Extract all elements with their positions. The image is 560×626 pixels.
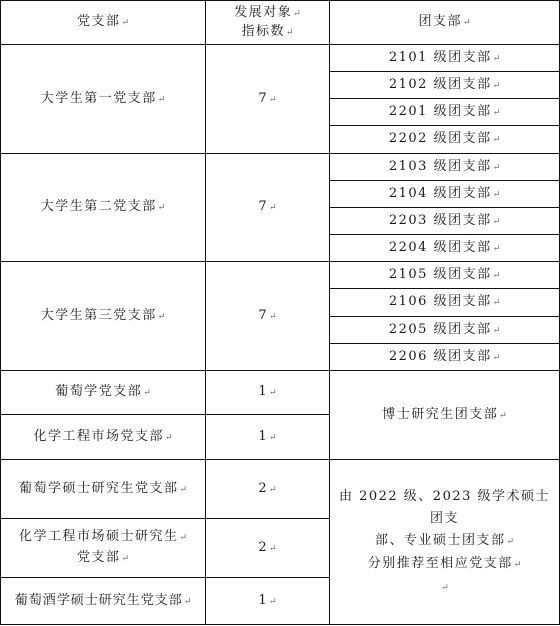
quota-value: 2 <box>258 481 268 496</box>
party-branch-cell: 大学生第三党支部↵ <box>1 262 206 371</box>
paragraph-mark-icon: ↵ <box>158 203 166 213</box>
paragraph-mark-icon: ↵ <box>493 244 501 254</box>
paragraph-mark-icon: ↵ <box>506 537 514 547</box>
party-branch-name: 化学工程市场党支部 <box>33 429 164 444</box>
header-party-branch: 党支部↵ <box>1 1 206 45</box>
table-row: 葡萄学党支部↵ 1↵ 博士研究生团支部↵ <box>1 371 560 415</box>
party-branch-name: 化学工程市场硕士研究生 <box>19 529 179 544</box>
paragraph-mark-icon: ↵ <box>493 108 501 118</box>
quota-value: 2 <box>258 540 268 555</box>
paragraph-mark-icon: ↵ <box>463 18 471 28</box>
paragraph-mark-icon: ↵ <box>269 203 277 213</box>
league-branch-cell: 2203 级团支部↵ <box>330 208 560 235</box>
quota-cell: 2↵ <box>206 460 330 519</box>
league-branch-name: 2106 级团支部 <box>389 294 492 309</box>
paragraph-mark-icon: ↵ <box>493 190 501 200</box>
paragraph-mark-icon: ↵ <box>179 533 187 543</box>
quota-value: 1 <box>258 429 268 444</box>
league-note-text: 部、专业硕士团支部 <box>375 533 506 548</box>
quota-value: 7 <box>258 199 268 214</box>
party-branch-name: 党支部 <box>77 550 121 565</box>
paragraph-mark-icon: ↵ <box>499 411 507 421</box>
quota-cell: 1↵ <box>206 371 330 415</box>
league-branch-name: 2206 级团支部 <box>389 349 492 364</box>
league-branch-cell: 2101 级团支部↵ <box>330 45 560 72</box>
league-branch-name: 2203 级团支部 <box>389 213 492 228</box>
party-branch-name: 葡萄学党支部 <box>55 384 142 399</box>
quota-cell: 7↵ <box>206 45 330 154</box>
table-row: 大学生第二党支部↵ 7↵ 2103 级团支部↵ <box>1 154 560 181</box>
quota-value: 1 <box>258 593 268 608</box>
league-branch-cell: 博士研究生团支部↵ <box>330 371 560 460</box>
paragraph-mark-icon: ↵ <box>121 554 129 564</box>
paragraph-mark-icon: ↵ <box>293 9 301 19</box>
league-branch-cell: 2103 级团支部↵ <box>330 154 560 181</box>
party-branch-cell: 葡萄学硕士研究生党支部↵ <box>1 460 206 519</box>
header-quota: 发展对象↵ 指标数↵ <box>206 1 330 45</box>
league-branch-cell: 2104 级团支部↵ <box>330 181 560 208</box>
league-branch-cell: 2201 级团支部↵ <box>330 99 560 126</box>
league-branch-name: 2204 级团支部 <box>389 240 492 255</box>
league-branch-name: 2105 级团支部 <box>389 267 492 282</box>
league-branch-cell: 2206 级团支部↵ <box>330 344 560 371</box>
league-branch-name: 博士研究生团支部 <box>382 407 498 422</box>
quota-cell: 7↵ <box>206 262 330 371</box>
paragraph-mark-icon: ↵ <box>143 388 151 398</box>
paragraph-mark-icon: ↵ <box>269 597 277 607</box>
party-branch-name: 大学生第一党支部 <box>41 91 157 106</box>
header-label: 指标数 <box>241 24 285 39</box>
league-branch-cell: 2105 级团支部↵ <box>330 262 560 289</box>
paragraph-mark-icon: ↵ <box>269 485 277 495</box>
quota-value: 7 <box>258 91 268 106</box>
table-row: 大学生第三党支部↵ 7↵ 2105 级团支部↵ <box>1 262 560 289</box>
league-branch-name: 2102 级团支部 <box>389 77 492 92</box>
quota-value: 7 <box>258 308 268 323</box>
paragraph-mark-icon: ↵ <box>493 54 501 64</box>
league-branch-name: 2205 级团支部 <box>389 322 492 337</box>
table-row: 大学生第一党支部↵ 7↵ 2101 级团支部↵ <box>1 45 560 72</box>
paragraph-mark-icon: ↵ <box>269 312 277 322</box>
league-note-text: 由 2022 级、2023 级学术硕士团支 <box>339 489 550 526</box>
league-branch-name: 2201 级团支部 <box>389 104 492 119</box>
table-row: 葡萄学硕士研究生党支部↵ 2↵ 由 2022 级、2023 级学术硕士团支 部、… <box>1 460 560 519</box>
party-branch-cell: 化学工程市场党支部↵ <box>1 415 206 460</box>
quota-value: 1 <box>258 384 268 399</box>
league-branch-cell: 2202 级团支部↵ <box>330 126 560 154</box>
paragraph-mark-icon: ↵ <box>493 353 501 363</box>
party-branch-name: 葡萄酒学硕士研究生党支部 <box>15 593 183 608</box>
paragraph-mark-icon: ↵ <box>493 135 501 145</box>
league-branch-cell: 2106 级团支部↵ <box>330 289 560 317</box>
header-label: 发展对象 <box>234 5 292 20</box>
paragraph-mark-icon: ↵ <box>179 485 187 495</box>
paragraph-mark-icon: ↵ <box>493 163 501 173</box>
league-note-text: 分别推荐至相应党支部 <box>368 556 513 571</box>
party-branch-name: 大学生第二党支部 <box>41 199 157 214</box>
league-branch-cell: 2205 级团支部↵ <box>330 317 560 344</box>
league-branch-name: 2202 级团支部 <box>389 131 492 146</box>
header-label: 党支部 <box>77 14 121 29</box>
header-row: 党支部↵ 发展对象↵ 指标数↵ 团支部↵ <box>1 1 560 45</box>
league-branch-name: 2103 级团支部 <box>389 159 492 174</box>
header-label: 团支部 <box>418 14 462 29</box>
party-branch-cell: 葡萄学党支部↵ <box>1 371 206 415</box>
branch-quota-table: 党支部↵ 发展对象↵ 指标数↵ 团支部↵ 大学生第一党支部↵ 7↵ 2101 级… <box>0 0 560 625</box>
quota-cell: 2↵ <box>206 519 330 578</box>
paragraph-mark-icon: ↵ <box>269 388 277 398</box>
party-branch-cell: 大学生第一党支部↵ <box>1 45 206 154</box>
league-branch-cell: 2102 级团支部↵ <box>330 72 560 99</box>
paragraph-mark-icon: ↵ <box>269 95 277 105</box>
header-league-branch: 团支部↵ <box>330 1 560 45</box>
paragraph-mark-icon: ↵ <box>493 298 501 308</box>
quota-cell: 1↵ <box>206 415 330 460</box>
league-note-cell: 由 2022 级、2023 级学术硕士团支 部、专业硕士团支部↵ 分别推荐至相应… <box>330 460 560 625</box>
party-branch-cell: 大学生第二党支部↵ <box>1 154 206 262</box>
league-branch-name: 2104 级团支部 <box>389 186 492 201</box>
paragraph-mark-icon: ↵ <box>493 81 501 91</box>
quota-cell: 7↵ <box>206 154 330 262</box>
paragraph-mark-icon: ↵ <box>514 560 522 570</box>
paragraph-mark-icon: ↵ <box>269 544 277 554</box>
quota-cell: 1↵ <box>206 578 330 625</box>
paragraph-mark-icon: ↵ <box>441 583 449 593</box>
league-branch-cell: 2204 级团支部↵ <box>330 235 560 262</box>
party-branch-name: 葡萄学硕士研究生党支部 <box>19 481 179 496</box>
party-branch-cell: 化学工程市场硕士研究生↵ 党支部↵ <box>1 519 206 578</box>
paragraph-mark-icon: ↵ <box>493 217 501 227</box>
paragraph-mark-icon: ↵ <box>121 18 129 28</box>
paragraph-mark-icon: ↵ <box>158 95 166 105</box>
party-branch-cell: 葡萄酒学硕士研究生党支部↵ <box>1 578 206 625</box>
paragraph-mark-icon: ↵ <box>269 433 277 443</box>
paragraph-mark-icon: ↵ <box>184 597 192 607</box>
paragraph-mark-icon: ↵ <box>158 312 166 322</box>
paragraph-mark-icon: ↵ <box>165 433 173 443</box>
league-branch-name: 2101 级团支部 <box>389 50 492 65</box>
party-branch-name: 大学生第三党支部 <box>41 308 157 323</box>
paragraph-mark-icon: ↵ <box>286 28 294 38</box>
paragraph-mark-icon: ↵ <box>493 326 501 336</box>
paragraph-mark-icon: ↵ <box>493 271 501 281</box>
